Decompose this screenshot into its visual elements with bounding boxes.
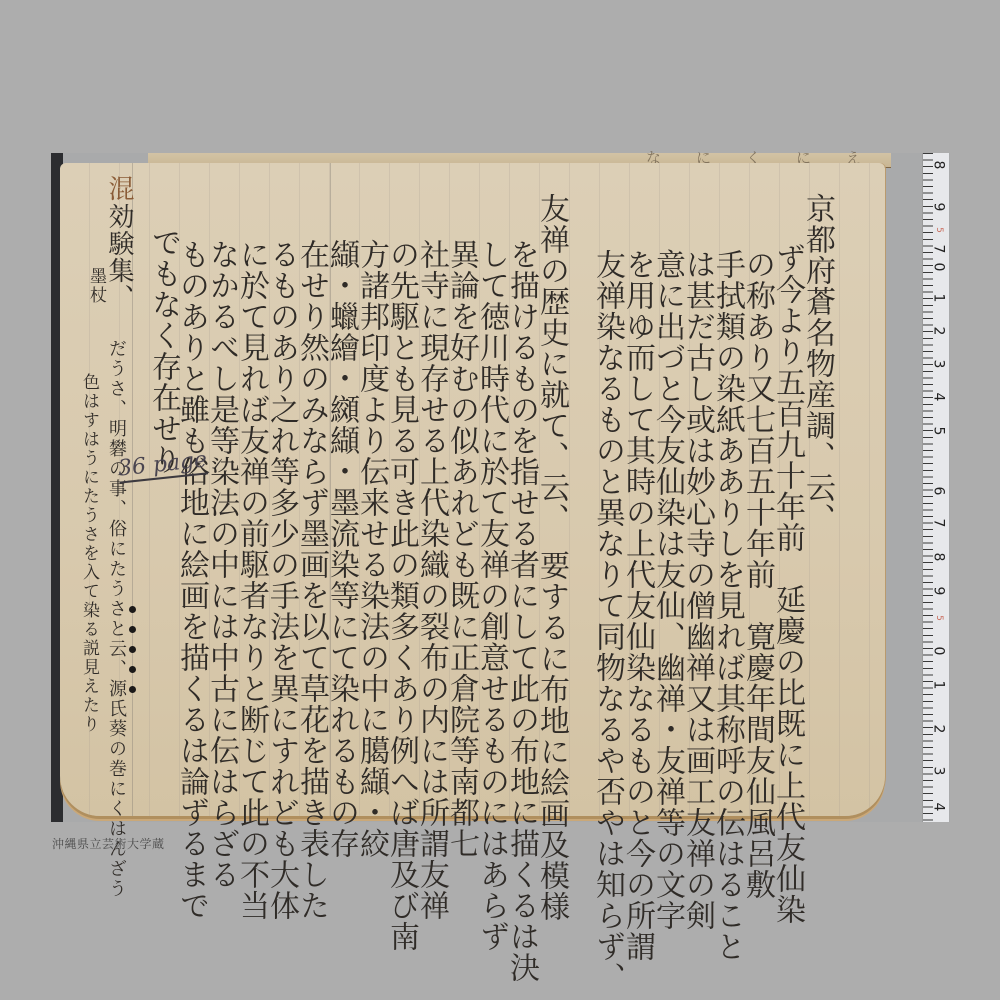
ruler-mark: 7: [930, 519, 946, 528]
left-column-9: るものあり之れ等多少の手法を異にすれども大体: [266, 239, 296, 921]
title-heading-char: 混: [106, 175, 132, 202]
left-column-5: の先駆とも見る可き此の類多くあり例へば唐及び南: [386, 239, 416, 952]
margin-note-1: だうさ、明礬の事、俗にたうさと云、源氏葵の巻にくはんざう: [107, 339, 125, 899]
ruler-mark: 2: [930, 725, 946, 734]
ruler-mark: 0: [930, 263, 946, 272]
ruler-mark: 5: [934, 615, 944, 621]
left-column-6: 方諸邦印度より伝来せる染法の中に臈纈・絞: [356, 239, 386, 859]
ruler-mark: 1: [930, 294, 946, 303]
emphasis-dots: [129, 606, 139, 706]
ruler-mark: 8: [930, 553, 946, 562]
left-column-13: でもなく存在せり: [148, 227, 178, 475]
title-line: 効験集、: [106, 203, 132, 311]
ruler-mark: 5: [930, 427, 946, 436]
left-column-7: 纈・蠟繪・纐纈・墨流染等にて染れるもの存: [326, 239, 356, 859]
ruler-mark: 1: [930, 681, 946, 690]
ruler-mark: 2: [930, 327, 946, 336]
dot-mark: [129, 626, 136, 633]
ruler-mark: 0: [930, 647, 946, 656]
dot-mark: [129, 686, 136, 693]
right-column-3: の称あり又七百五十年前 寛慶年間友仙風呂敷: [742, 249, 772, 900]
ruler-mark: 5: [934, 227, 944, 233]
dot-mark: [129, 646, 136, 653]
notebook-page: 京都府蒼名物産調、云、 ず今より五百九十年前 延慶の比既に上代友仙染 の称あり又…: [60, 163, 885, 816]
left-heading-column: 友禅の歴史に就て、云、 要するに布地に絵画及模様: [536, 193, 566, 922]
right-column-4: 手拭類の染紙あありしを見れば其称呼の伝はること: [712, 249, 742, 962]
left-column-3: 異論を好むの似あれども既に正倉院等南都七: [446, 239, 476, 859]
left-column-11: なかるべし是等染法の中には中古に伝はらざる: [206, 239, 236, 890]
left-column-2: して徳川時代に於て友禅の創意せるものにはあらず: [476, 239, 506, 952]
left-column-1: を描けるものを指せる者にして此の布地に描くるは決: [506, 239, 536, 983]
right-column-8: 友禅染なるものと異なりて同物なるや否やは知らず、: [592, 249, 622, 993]
ruler-mark: 3: [930, 767, 946, 776]
left-column-8: 在せり然のみならず墨画を以て草花を描き表した: [296, 239, 326, 921]
ruler-mark: 8: [930, 161, 946, 170]
margin-note-2: 色はすはうにたうさを入て染る説見えたり: [80, 373, 97, 734]
title-note: 墨杖: [87, 267, 104, 305]
dot-mark: [129, 666, 136, 673]
ruler-mark: 4: [930, 803, 946, 812]
right-column-7: を用ゆ而して其時の上代友仙染なるものと今の所謂: [622, 249, 652, 962]
ruler-mark: 9: [930, 203, 946, 212]
measuring-ruler: 8 9 5 7 0 1 2 3 4 5 6 7 8 9 5 0 1 2 3 4: [922, 153, 949, 822]
right-column-6: 意に出づと今友仙染は友仙、幽禅・友禅等の文字: [652, 249, 682, 931]
ruler-mark: 3: [930, 360, 946, 369]
dot-mark: [129, 606, 136, 613]
right-column-1: 京都府蒼名物産調、云、: [802, 193, 832, 534]
left-column-10: に於て見れば友禅の前駆者なりと断じて此の不当: [236, 239, 266, 921]
left-column-4: 社寺に現存せる上代染織の裂布の内には所謂友禅: [416, 239, 446, 921]
right-column-2: ず今より五百九十年前 延慶の比既に上代友仙染: [772, 243, 802, 925]
right-column-5: は甚だ古し或は妙心寺の僧幽禅又は画工友禅の剣: [682, 249, 712, 931]
ruler-mark: 7: [930, 245, 946, 254]
ruler-mark: 6: [930, 487, 946, 496]
ruler-mark: 9: [930, 587, 946, 596]
collection-caption: 沖縄県立芸術大学蔵: [52, 835, 165, 852]
ruler-mark: 4: [930, 393, 946, 402]
